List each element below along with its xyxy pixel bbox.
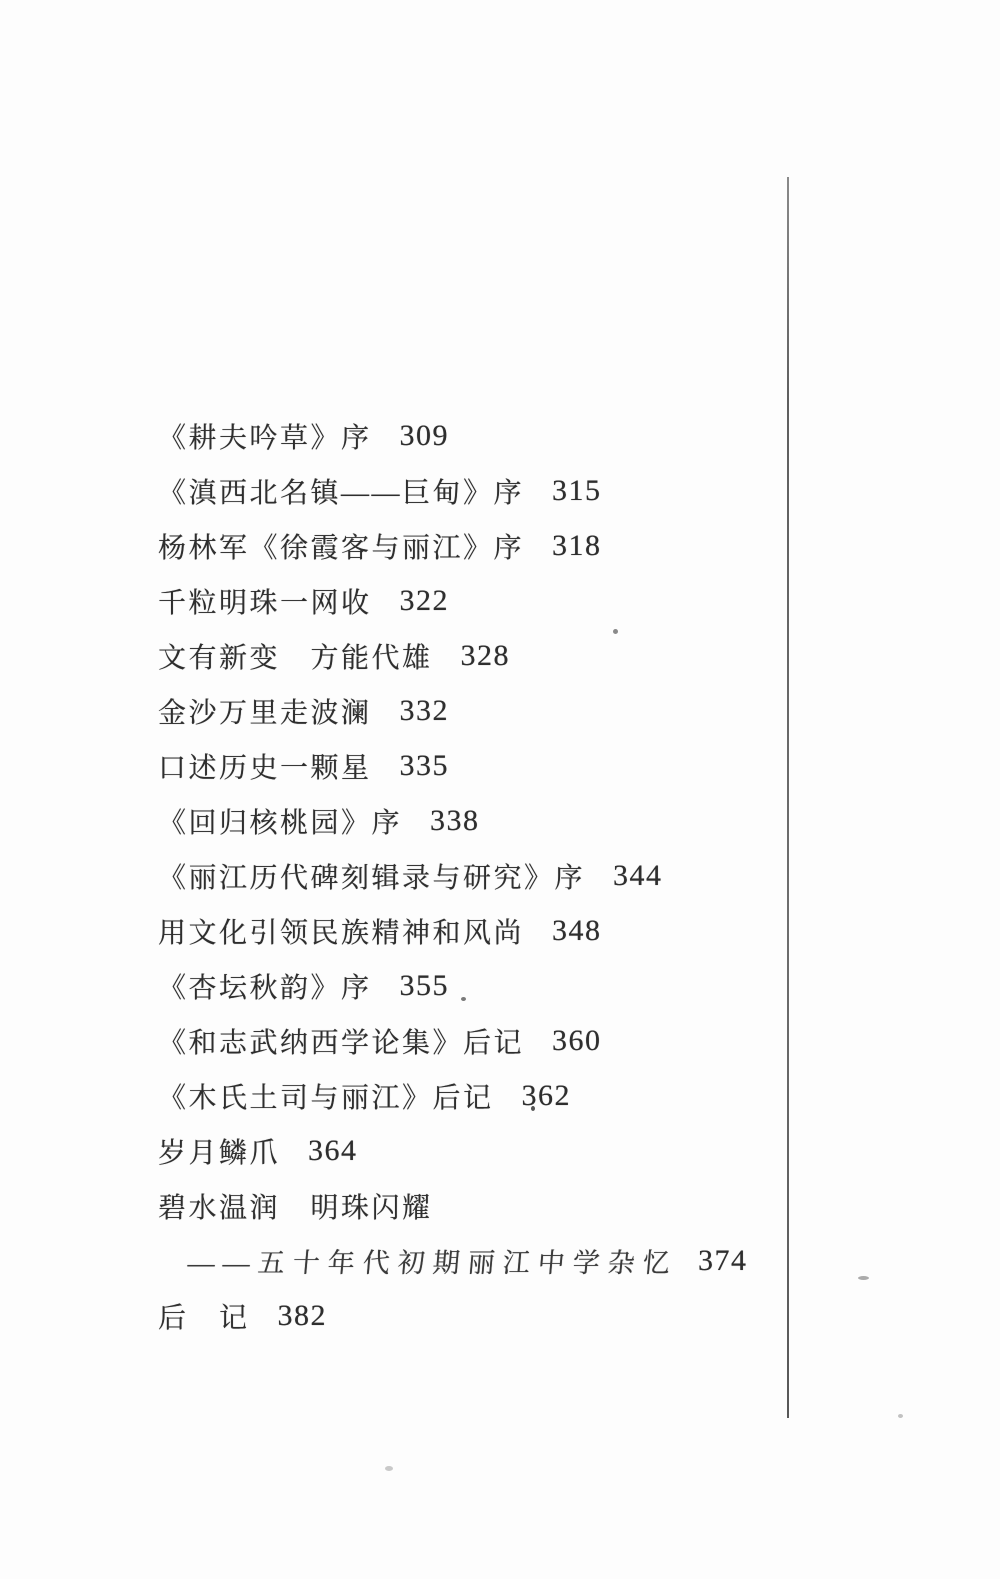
toc-entry: 《杏坛秋韵》序355: [158, 958, 748, 1013]
toc-entry: 千粒明珠一网收322: [158, 573, 748, 628]
toc-entry-title: 《滇西北名镇——巨甸》序: [158, 471, 524, 511]
scan-speck: [531, 1106, 535, 1111]
scan-speck: [461, 997, 466, 1001]
toc-entry: 金沙万里走波澜332: [158, 683, 748, 738]
toc-entry-title: 用文化引领民族精神和风尚: [158, 911, 524, 951]
toc-entry-title: 碧水温润 明珠闪耀: [158, 1186, 433, 1226]
toc-entry: 《丽江历代碑刻辑录与研究》序344: [158, 848, 748, 903]
toc-entry: 口述历史一颗星335: [158, 738, 748, 793]
scan-speck: [385, 1466, 393, 1471]
toc-entry-page-number: 344: [613, 859, 663, 893]
scan-speck: [858, 1276, 869, 1280]
toc-entry-page-number: 309: [400, 419, 450, 453]
toc-entry-title: 文有新变 方能代雄: [158, 636, 433, 676]
toc-entry: 文有新变 方能代雄328: [158, 628, 748, 683]
toc-entry-page-number: 338: [430, 804, 480, 838]
toc-entry-page-number: 315: [552, 474, 602, 508]
toc-entry: 《木氏土司与丽江》后记362: [158, 1068, 748, 1123]
toc-entry-title: ——五十年代初期丽江中学杂忆: [186, 1241, 679, 1280]
scan-speck: [898, 1414, 903, 1418]
toc-entry: 杨林军《徐霞客与丽江》序318: [158, 518, 748, 573]
toc-entry-page-number: 364: [308, 1134, 358, 1168]
scanned-book-page: 《耕夫吟草》序309《滇西北名镇——巨甸》序315杨林军《徐霞客与丽江》序318…: [0, 0, 1000, 1579]
toc-entry-page-number: 348: [552, 914, 602, 948]
toc-entry: 《和志武纳西学论集》后记360: [158, 1013, 748, 1068]
toc-entry-title: 《耕夫吟草》序: [158, 416, 372, 456]
toc-entry-title: 《杏坛秋韵》序: [158, 966, 372, 1006]
toc-entry: 用文化引领民族精神和风尚348: [158, 903, 748, 958]
toc-entry: ——五十年代初期丽江中学杂忆374: [188, 1233, 748, 1288]
toc-entry-title: 杨林军《徐霞客与丽江》序: [158, 526, 524, 566]
toc-entry: 碧水温润 明珠闪耀: [158, 1178, 748, 1233]
toc-entry-title: 《丽江历代碑刻辑录与研究》序: [158, 856, 585, 896]
toc-entry: 《滇西北名镇——巨甸》序315: [158, 463, 748, 518]
toc-entry: 后 记382: [158, 1288, 748, 1343]
toc-entry: 《耕夫吟草》序309: [158, 408, 748, 463]
toc-entry-page-number: 362: [522, 1079, 572, 1113]
toc-entry-page-number: 322: [400, 584, 450, 618]
toc-entry-page-number: 332: [400, 694, 450, 728]
toc-entry: 《回归核桃园》序338: [158, 793, 748, 848]
scan-speck: [613, 629, 618, 634]
toc-entry-title: 《和志武纳西学论集》后记: [158, 1021, 524, 1061]
toc-entry-title: 《回归核桃园》序: [158, 801, 402, 841]
toc-entry-title: 岁月鳞爪: [158, 1131, 280, 1171]
toc-entry-page-number: 335: [400, 749, 450, 783]
toc-entry-page-number: 328: [461, 639, 511, 673]
toc-entry-title: 后 记: [158, 1296, 250, 1336]
page-margin-rule: [787, 177, 789, 1418]
toc-entry-page-number: 318: [552, 529, 602, 563]
toc-entry-title: 千粒明珠一网收: [158, 581, 372, 621]
toc-entry-page-number: 360: [552, 1024, 602, 1058]
toc-entry-page-number: 382: [278, 1299, 328, 1333]
toc-entry-title: 口述历史一颗星: [158, 746, 372, 786]
toc-list: 《耕夫吟草》序309《滇西北名镇——巨甸》序315杨林军《徐霞客与丽江》序318…: [158, 408, 748, 1343]
toc-entry: 岁月鳞爪364: [158, 1123, 748, 1178]
toc-entry-title: 金沙万里走波澜: [158, 691, 372, 731]
toc-entry-title: 《木氏土司与丽江》后记: [158, 1076, 494, 1116]
toc-entry-page-number: 355: [400, 969, 450, 1003]
toc-entry-page-number: 374: [698, 1244, 748, 1278]
